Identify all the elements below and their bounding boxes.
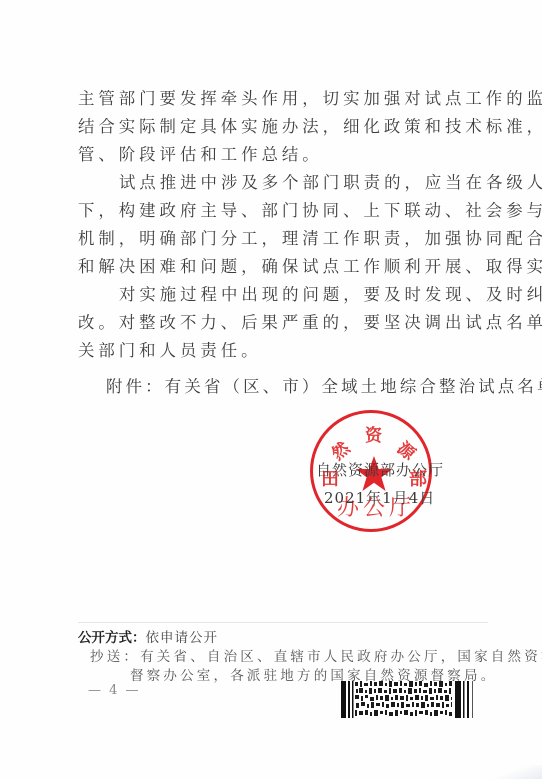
barcode-icon: [341, 681, 475, 718]
body-text-line: 主管部门要发挥牵头作用，切实加强对试点工作的监督和指导，: [78, 89, 488, 109]
body-text-line: 管、阶段评估和工作总结。: [78, 145, 488, 165]
document-page: 主管部门要发挥牵头作用，切实加强对试点工作的监督和指导， 结合实际制定具体实施办…: [0, 0, 542, 779]
page-corner-shadow: [492, 765, 542, 779]
body-text-line: 试点推进中涉及多个部门职责的，应当在各级人民政府领导: [119, 173, 488, 193]
body-text-line: 对实施过程中出现的问题，要及时发现、及时纠正、坚决整: [119, 285, 488, 305]
signature-date: 2021年1月4日: [324, 487, 435, 508]
page-number: — 4 —: [88, 683, 141, 698]
footer-divider: [78, 622, 488, 623]
cc-line: 抄送：有关省、自治区、直辖市人民政府办公厅，国家自然资源总: [90, 645, 542, 665]
body-text-line: 和解决困难和问题，确保试点工作顺利开展、取得实效。: [78, 257, 488, 277]
body-text-line: 关部门和人员责任。: [78, 341, 488, 361]
attachment-line: 附件：有关省（区、市）全域土地综合整治试点名单: [106, 373, 542, 397]
body-text-line: 改。对整改不力、后果严重的，要坚决调出试点名单，并追究相: [78, 313, 488, 333]
seal-arc-char: 资: [365, 421, 382, 446]
disclosure-label: 公开方式：: [78, 630, 146, 646]
body-text-line: 下，构建政府主导、部门协同、上下联动、社会参与的统筹协调: [78, 201, 488, 221]
body-text-line: 结合实际制定具体实施办法，细化政策和技术标准，开展全程监: [78, 117, 488, 137]
disclosure-method: 公开方式：依申请公开: [78, 626, 218, 646]
body-text-line: 机制，明确部门分工，理清工作职责，加强协同配合，及时研究: [78, 229, 488, 249]
signature-organization: 自然资源部办公厅: [316, 459, 444, 480]
disclosure-value: 依申请公开: [146, 630, 219, 646]
